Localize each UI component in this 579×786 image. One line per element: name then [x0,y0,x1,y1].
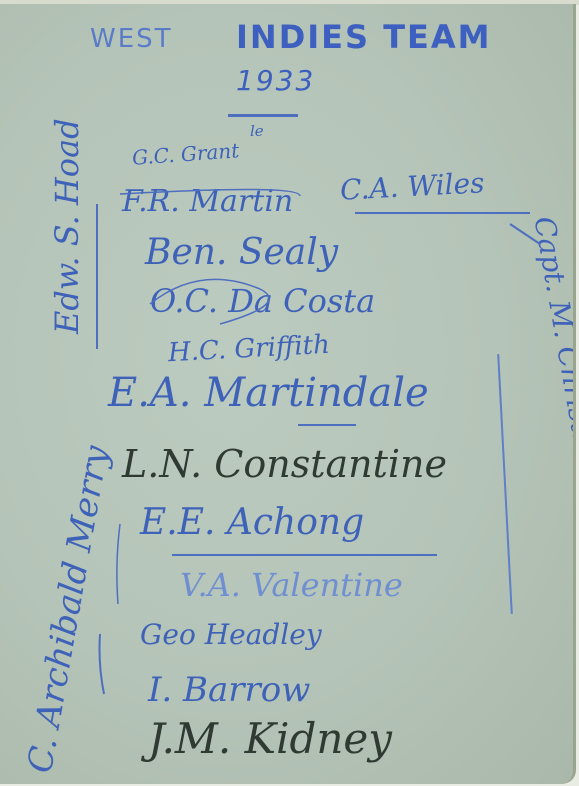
autograph-page: WEST INDIES TEAM 1933 le G.C. Grant F.R.… [0,4,576,784]
ink-flourishes [0,4,576,784]
